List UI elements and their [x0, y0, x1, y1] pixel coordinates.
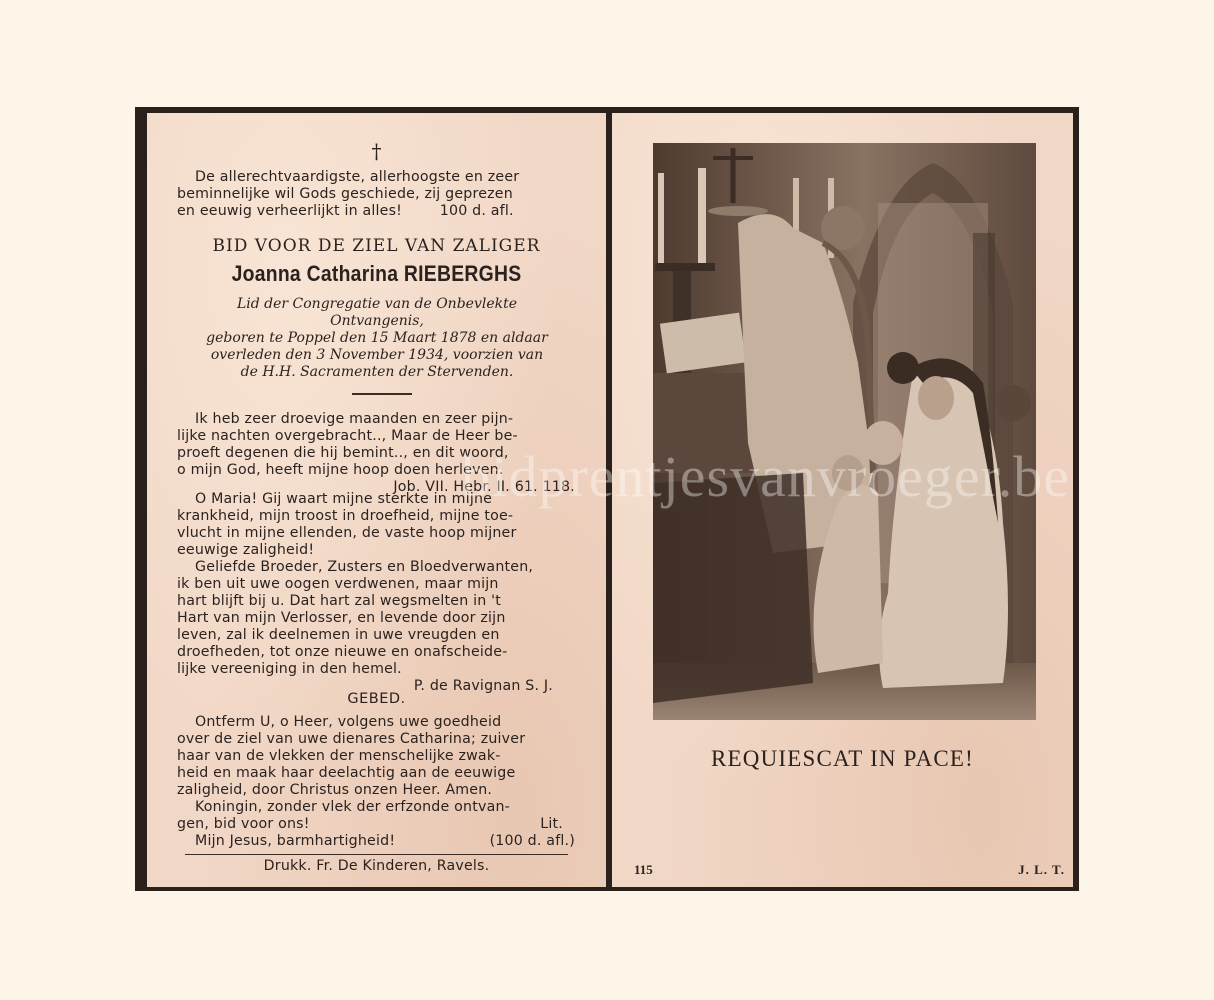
divider: [352, 393, 412, 395]
prayer-line: gen, bid voor ons!: [177, 816, 310, 833]
memorial-card-frame: † De allerechtvaardigste, allerhoogste e…: [135, 107, 1079, 891]
invocation: Mijn Jesus, barmhartigheid!: [195, 833, 395, 850]
devotional-illustration: [653, 143, 1036, 720]
bio-line: geboren te Poppel den 15 Maart 1878 en a…: [167, 330, 587, 347]
memorial-card-text-side: † De allerechtvaardigste, allerhoogste e…: [147, 113, 606, 887]
quote-line: Geliefde Broeder, Zusters en Bloedverwan…: [177, 559, 575, 576]
prayer-title: GEBED.: [147, 691, 606, 707]
cross-icon: †: [147, 141, 606, 161]
prayer-line: zaligheid, door Christus onzen Heer. Ame…: [177, 782, 575, 799]
quote-line: eeuwige zaligheid!: [177, 542, 575, 559]
intro-line: beminnelijke wil Gods geschiede, zij gep…: [177, 186, 575, 203]
bio-line: Ontvangenis,: [167, 313, 587, 330]
plate-number: 115: [634, 862, 653, 878]
quote-line: lijke nachten overgebracht.., Maar de He…: [177, 428, 575, 445]
quote-line: vlucht in mijne ellenden, de vaste hoop …: [177, 525, 575, 542]
printer-credit: Drukk. Fr. De Kinderen, Ravels.: [147, 858, 606, 875]
deceased-name: Joanna Catharina RIEBERGHS: [175, 261, 579, 287]
prayer: Ontferm U, o Heer, volgens uwe goedheid …: [177, 714, 575, 850]
prayer-line: haar van de vlekken der menschelijke zwa…: [177, 748, 575, 765]
publisher-initials: J. L. T.: [1018, 862, 1065, 878]
quote-line: Ik heb zeer droevige maanden en zeer pij…: [177, 411, 575, 428]
prayer-line: over de ziel van uwe dienares Catharina;…: [177, 731, 575, 748]
intro-line: en eeuwig verheerlijkt in alles! 100 d. …: [177, 203, 575, 220]
quote-family: Geliefde Broeder, Zusters en Bloedverwan…: [177, 559, 575, 695]
intro-prayer: De allerechtvaardigste, allerhoogste en …: [177, 169, 575, 220]
intro-line: De allerechtvaardigste, allerhoogste en …: [177, 169, 575, 186]
quote-line: lijke vereeniging in den hemel.: [177, 661, 575, 678]
requiescat-caption: REQUIESCAT IN PACE!: [612, 746, 1073, 772]
prayer-source: Lit.: [540, 816, 575, 833]
quote-line: proeft degenen die hij bemint.., en dit …: [177, 445, 575, 462]
prayer-line: Ontferm U, o Heer, volgens uwe goedheid: [177, 714, 575, 731]
quote-line: O Maria! Gij waart mijne sterkte in mijn…: [177, 491, 575, 508]
biography: Lid der Congregatie van de Onbevlekte On…: [167, 296, 587, 381]
prayer-line: Koningin, zonder vlek der erfzonde ontva…: [177, 799, 575, 816]
quote-line: droefheden, tot onze nieuwe en onafschei…: [177, 644, 575, 661]
illustration-graphic: [653, 143, 1036, 720]
quote-line: o mijn God, heeft mijne hoop doen herlev…: [177, 462, 575, 479]
quote-maria: O Maria! Gij waart mijne sterkte in mijn…: [177, 491, 575, 559]
heading: BID VOOR DE ZIEL VAN ZALIGER: [147, 236, 606, 256]
quote-line: krankheid, mijn troost in droefheid, mij…: [177, 508, 575, 525]
quote-job: Ik heb zeer droevige maanden en zeer pij…: [177, 411, 575, 496]
bio-line: Lid der Congregatie van de Onbevlekte: [167, 296, 587, 313]
bio-line: de H.H. Sacramenten der Stervenden.: [167, 364, 587, 381]
bio-line: overleden den 3 November 1934, voorzien …: [167, 347, 587, 364]
divider: [185, 854, 568, 855]
quote-line: ik ben uit uwe oogen verdwenen, maar mij…: [177, 576, 575, 593]
indulgence-note: (100 d. afl.): [490, 833, 575, 850]
memorial-card-image-side: REQUIESCAT IN PACE! 115 J. L. T.: [612, 113, 1073, 887]
prayer-line: heid en maak haar deelachtig aan de eeuw…: [177, 765, 575, 782]
quote-line: hart blijft bij u. Dat hart zal wegsmelt…: [177, 593, 575, 610]
quote-line: leven, zal ik deelnemen in uwe vreugden …: [177, 627, 575, 644]
quote-line: Hart van mijn Verlosser, en levende door…: [177, 610, 575, 627]
